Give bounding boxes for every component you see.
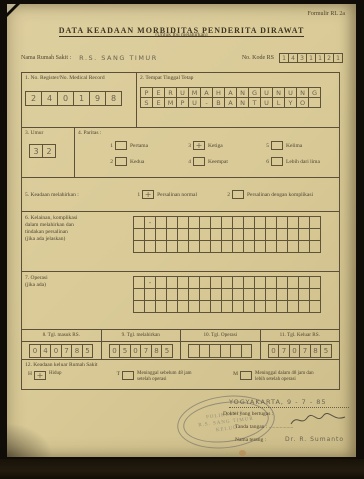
grid-cell: [309, 300, 321, 313]
option-keempat: 4 Keempat: [184, 157, 262, 166]
doctor-name-handwritten: Dr. R. Sumanto: [285, 436, 344, 443]
parity-label: 4. Paritas :: [78, 130, 336, 136]
grid-cell: 8: [105, 91, 122, 106]
address-grid: PERUMAHANGUNUNG SEMPU-BANTULYO: [140, 87, 336, 108]
date-discharge-label: 11. Tgl. Keluar RS.: [261, 330, 340, 342]
option-persalinan-normal: 1 + Persalinan normal: [133, 190, 197, 199]
row-delivery-condition: 5. Keadaan melahirkan : 1 + Persalinan n…: [22, 177, 339, 211]
row-age-parity: 3. Umur 32 4. Paritas : 1 Pertama 3 +: [22, 127, 339, 177]
hospital-code-label: No. Kode RS: [242, 55, 274, 61]
hospital-name-handwritten: R.S. SANG TIMUR: [79, 54, 158, 62]
checkbox-pertama: [115, 141, 127, 150]
grid-cell: 0: [57, 91, 74, 106]
checkbox-ketiga: +: [193, 141, 205, 150]
grid-cell: 5: [82, 344, 94, 358]
grid-cell: 9: [89, 91, 106, 106]
name-label: Nama terang :: [235, 437, 266, 443]
date-operation: 10. Tgl. Operasi: [180, 330, 260, 359]
register-boxes: 240198: [25, 91, 133, 106]
checkbox-meninggal-setelah-48: [240, 371, 252, 380]
parity-options-row-1: 1 Pertama 3 + Ketiga 5 Kelima: [106, 141, 336, 150]
row-dates: 8. Tgl. masuk RS. 040785 9. Tgl. melahir…: [22, 329, 339, 359]
register-label: 1. No. Register/No. Medical Record: [25, 75, 133, 81]
grid-cell: 1: [333, 53, 343, 63]
section-register: 1. No. Register/No. Medical Record 24019…: [22, 73, 136, 127]
grid-cell: 4: [41, 91, 58, 106]
age-label: 3. Umur: [25, 130, 71, 136]
section-address: 2. Tempat Tinggal Tetap PERUMAHANGUNUNG …: [136, 73, 339, 127]
row-discharge-condition: 12. Keadaan keluar Rumah Sakit H + Hidup…: [22, 359, 339, 389]
date-admission-boxes: 040785: [22, 344, 101, 358]
hospital-label: Nama Rumah Sakit :: [21, 55, 71, 61]
parity-options-row-2: 2 Kedua 4 Keempat 6 Lebih dari li: [106, 157, 336, 166]
checkbox-hidup: +: [34, 371, 46, 380]
signature: [289, 412, 347, 428]
date-birth-label: 9. Tgl. melahirkan: [102, 330, 181, 342]
grid-cell: 1: [73, 91, 90, 106]
option-ketiga: 3 + Ketiga: [184, 141, 262, 150]
date-discharge: 11. Tgl. Keluar RS. 070785: [260, 330, 340, 359]
checkbox-kelima: [271, 141, 283, 150]
scanner-bed-strip: [0, 459, 364, 479]
checkbox-kedua: [115, 157, 127, 166]
doctor-on-duty-label: Dokter yang bertugas :: [223, 411, 273, 417]
checkbox-meninggal-sebelum-48: [122, 371, 134, 380]
date-admission-label: 8. Tgl. masuk RS.: [22, 330, 101, 342]
option-hidup: H + Hidup: [25, 371, 113, 383]
option-kelima: 5 Kelima: [262, 141, 302, 150]
option-meninggal-setelah-48: M Meninggal dalam 48 jam dan lebih setel…: [231, 371, 319, 383]
checkbox-persalinan-normal: +: [142, 190, 154, 199]
row-register-address: 1. No. Register/No. Medical Record 24019…: [22, 73, 339, 127]
section-parity: 4. Paritas : 1 Pertama 3 + Ketiga: [74, 128, 339, 177]
checkbox-lebih-dari-lima: [271, 157, 283, 166]
operation-grid-row-3: [133, 300, 339, 313]
row-operation: 7. Operasi (jika ada) -: [22, 271, 339, 329]
form-code: Formulir RL 2a: [308, 11, 345, 17]
signature-label: Tanda tangan : ..................: [235, 424, 293, 430]
date-operation-boxes: [181, 344, 260, 358]
hospital-code-boxes: 1431121: [279, 53, 343, 63]
option-kedua: 2 Kedua: [106, 157, 184, 166]
complications-grid: -: [133, 212, 339, 271]
hospital-row: Nama Rumah Sakit : R.S. SANG TIMUR No. K…: [21, 53, 343, 63]
discharge-condition-label: 12. Keadaan keluar Rumah Sakit: [25, 362, 336, 368]
date-operation-label: 10. Tgl. Operasi: [181, 330, 260, 342]
scanned-paper: Formulir RL 2a DATA KEADAAN MORBIDITAS P…: [7, 4, 356, 457]
option-persalinan-komplikasi: 2 Persalinan dengan komplikasi: [223, 190, 313, 199]
date-birth: 9. Tgl. melahirkan 050785: [101, 330, 181, 359]
ink-spot: [239, 450, 246, 456]
operation-label: 7. Operasi (jika ada): [22, 272, 133, 329]
complications-label: 6. Kelainan, komplikasi dalam melahirkan…: [22, 212, 133, 271]
grid-cell: 5: [161, 344, 173, 358]
section-age: 3. Umur 32: [22, 128, 74, 177]
address-label: 2. Tempat Tinggal Tetap: [140, 75, 336, 81]
grid-cell: [308, 97, 321, 108]
address-row-2: SEMPU-BANTULYO: [140, 97, 336, 108]
delivery-condition-label: 5. Keadaan melahirkan :: [22, 192, 133, 198]
grid-cell: 3: [29, 144, 43, 158]
date-admission: 8. Tgl. masuk RS. 040785: [22, 330, 101, 359]
grid-cell: 2: [42, 144, 56, 158]
complications-grid-row-3: [133, 240, 339, 253]
corner-fold-highlight: [7, 4, 16, 13]
date-discharge-boxes: 070785: [261, 344, 340, 358]
option-lebih-dari-lima: 6 Lebih dari lima: [262, 157, 320, 166]
option-pertama: 1 Pertama: [106, 141, 184, 150]
checkbox-persalinan-komplikasi: [232, 190, 244, 199]
row-complications: 6. Kelainan, komplikasi dalam melahirkan…: [22, 211, 339, 271]
grid-cell: 5: [320, 344, 332, 358]
place-date-handwritten: YOGYAKARTA, 9 - 7 - 85: [229, 398, 349, 408]
grid-cell: 2: [25, 91, 42, 106]
checkbox-keempat: [193, 157, 205, 166]
date-birth-boxes: 050785: [102, 344, 181, 358]
operation-grid: -: [133, 272, 339, 329]
grid-cell: [309, 240, 321, 253]
scanned-form-page: { "header": { "form_code": "Formulir RL …: [0, 0, 364, 479]
scan-smudge: [7, 423, 53, 457]
option-meninggal-sebelum-48: T Meninggal sebelum 48 jam setelah opera…: [113, 371, 231, 383]
form-table: 1. No. Register/No. Medical Record 24019…: [21, 72, 340, 390]
form-subtitle: (Untuk Ibu melahirkan): [7, 32, 356, 38]
grid-cell: [241, 344, 253, 358]
age-boxes: 32: [29, 144, 71, 158]
